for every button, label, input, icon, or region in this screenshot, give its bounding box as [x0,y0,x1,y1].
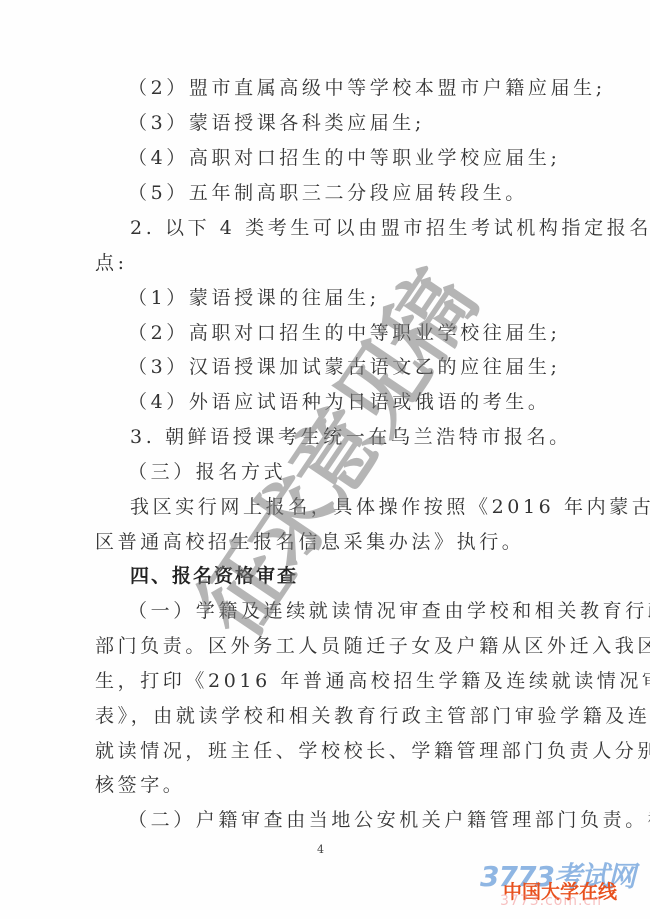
document-page: （2）盟市直属高级中等学校本盟市户籍应届生;（3）蒙语授课各科类应届生;（4）高… [0,0,650,919]
section-heading: 四、报名资格审查 [130,564,298,588]
list-item-line: （1）蒙语授课的往届生; [128,286,380,310]
paragraph-line: 区普通高校招生报名信息采集办法》执行。 [95,530,524,554]
paragraph-line: 3. 朝鲜语授课考生统一在乌兰浩特市报名。 [130,425,572,449]
paragraph-line: 就读情况，班主任、学校校长、学籍管理部门负责人分别审 [95,739,650,763]
site-logo[interactable]: 3773考试网 中国大学在线 3773.com.cn [478,855,648,915]
list-item-line: （3）汉语授课加试蒙古语文乙的应往届生; [128,355,561,379]
paragraph-line: 表》，由就读学校和相关教育行政主管部门审验学籍及连续 [95,704,650,728]
list-item-line: （3）蒙语授课各科类应届生; [128,111,425,135]
list-item-line: （2）高职对口招生的中等职业学校往届生; [128,321,561,345]
paragraph-line: 我区实行网上报名，具体操作按照《2016 年内蒙古自治 [130,495,650,519]
list-item-line: （4）外语应试语种为日语或俄语的考生。 [128,390,551,414]
paragraph-line: 部门负责。区外务工人员随迁子女及户籍从区外迁入我区考 [95,634,650,658]
paragraph-line: 生，打印《2016 年普通高校招生学籍及连续就读情况审查 [95,669,650,693]
logo-url: 3773.com.cn [500,893,602,909]
paragraph-line: 点: [95,251,128,275]
list-item-line: （4）高职对口招生的中等职业学校应届生; [128,146,561,170]
list-item-line: （5）五年制高职三二分段应届转段生。 [128,181,528,205]
list-item-line: （三）报名方式 [128,460,286,484]
list-item-line: （2）盟市直属高级中等学校本盟市户籍应届生; [128,76,606,100]
list-item-line: （二）户籍审查由当地公安机关户籍管理部门负责。截 [128,808,650,832]
paragraph-line: 核签字。 [95,773,185,797]
page-number: 4 [317,843,324,856]
list-item-line: （一）学籍及连续就读情况审查由学校和相关教育行政 [128,599,650,623]
paragraph-line: 2. 以下 4 类考生可以由盟市招生考试机构指定报名地 [130,216,650,240]
